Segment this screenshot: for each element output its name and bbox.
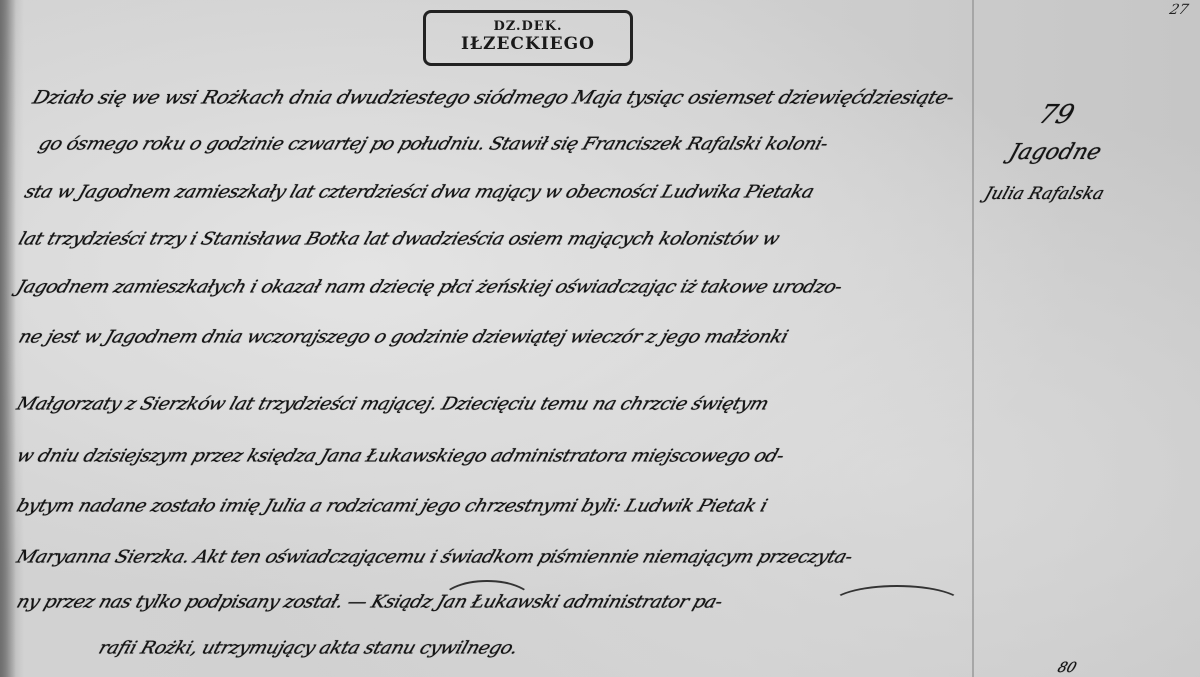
document-page: DZ.DEK. IŁZECKIEGO 27 79 Jagodne Julia R… <box>0 0 1200 677</box>
page-number: 27 <box>1168 2 1190 18</box>
text-line-4: lat trzydzieści trzy i Stanisława Botka … <box>16 229 782 249</box>
stamp-line-2: IŁZECKIEGO <box>426 34 630 54</box>
text-line-6: ne jest w Jagodnem dnia wczorajszego o g… <box>16 327 790 347</box>
margin-place: Jagodne <box>1006 140 1105 165</box>
signature-flourish <box>440 580 534 624</box>
stamp-line-1: DZ.DEK. <box>426 19 630 34</box>
text-line-11: ny przez nas tylko podpisany został. — K… <box>14 592 725 612</box>
text-line-10: Maryanna Sierzka. Akt ten oświadczającem… <box>14 547 855 567</box>
binding-shadow <box>0 0 16 677</box>
text-line-12: rafii Rożki, utrzymujący akta stanu cywi… <box>96 638 520 658</box>
text-line-9: bytym nadane zostało imię Julia a rodzic… <box>14 496 770 516</box>
signature-flourish <box>830 585 964 625</box>
text-line-2: go ósmego roku o godzinie czwartej po po… <box>36 134 830 154</box>
text-line-3: sta w Jagodnem zamieszkały lat czterdzie… <box>22 182 816 202</box>
text-line-1: Działo się we wsi Rożkach dnia dwudziest… <box>30 86 957 108</box>
margin-rule <box>972 0 974 677</box>
text-line-7: Małgorzaty z Sierzków lat trzydzieści ma… <box>14 394 771 414</box>
text-line-8: w dniu dzisiejszym przez księdza Jana Łu… <box>14 446 786 466</box>
text-line-5: Jagodnem zamieszkałych i okazał nam dzie… <box>14 277 845 297</box>
record-number: 79 <box>1035 100 1078 130</box>
margin-child-name: Julia Rafalska <box>982 184 1107 204</box>
archive-stamp: DZ.DEK. IŁZECKIEGO <box>423 10 633 66</box>
next-record-number: 80 <box>1055 660 1078 676</box>
